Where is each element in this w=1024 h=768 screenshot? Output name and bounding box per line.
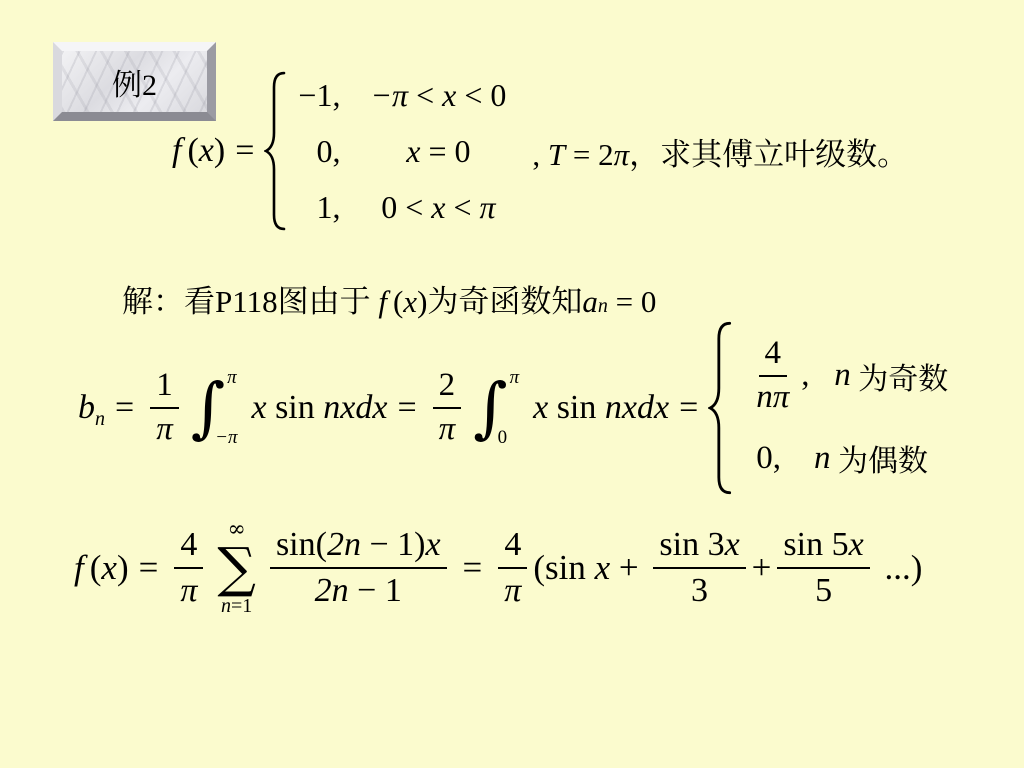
paren-left: (	[90, 548, 102, 587]
case2-value: 0,	[316, 130, 340, 172]
case1-value: −1,	[298, 74, 340, 116]
paren-right: )	[214, 132, 225, 169]
bn-case-even: 0, n 为偶数	[744, 436, 948, 480]
plus-sign: +	[752, 548, 772, 588]
problem-question-text: ，求其傅立叶级数。	[629, 137, 908, 172]
equals-sign: =	[139, 548, 159, 587]
fraction-four-over-npi: 4nπ	[750, 335, 795, 417]
fraction-denominator: π	[150, 409, 179, 449]
fraction-denominator: π	[174, 569, 203, 610]
formula-series: f(x)= 4π ∞∑n=1 sin(2n − 1)x2n − 1 = 4π (…	[74, 500, 922, 635]
integral-upper-limit: π	[510, 367, 520, 389]
fraction-denominator: π	[498, 569, 527, 610]
var-f: f	[74, 548, 84, 587]
bn-cases: 4nπ, n 为奇数 0, n 为偶数	[744, 335, 948, 481]
pi: π	[614, 137, 630, 172]
less-than-zero: < 0	[456, 77, 506, 113]
paren-right: )	[117, 548, 129, 587]
var-n: n	[221, 595, 231, 617]
ellipsis-close-paren: ...)	[876, 548, 923, 588]
fraction-numerator: sin 5x	[777, 525, 869, 568]
var-f: f	[172, 132, 181, 169]
var-x: x	[101, 548, 117, 587]
plus-sign: +	[610, 548, 647, 587]
integral-zero-to-pi: ∫π0	[473, 367, 519, 449]
equals-sign: =	[397, 389, 416, 426]
integral-lower-limit: 0	[498, 427, 520, 449]
fraction-numerator: 4	[759, 335, 788, 377]
fraction-numerator: sin 3x	[653, 525, 745, 568]
equals-two: = 2	[565, 137, 613, 172]
var-x: x	[442, 77, 456, 113]
piecewise-cases: −1, −π < x < 0 0, x = 0 1, 0 < x < π	[298, 74, 506, 228]
fraction-numerator: 4	[174, 525, 203, 568]
bn-lhs: bn=	[78, 389, 144, 427]
sin-operator: sin(	[276, 526, 327, 563]
slide: 例2 f(x)= −1, −π < x < 0 0, x = 0 1, 0 < …	[0, 0, 1024, 768]
integral-limits: π−π	[223, 367, 237, 449]
case1-condition: −π < x < 0	[370, 74, 506, 116]
fraction-numerator: 2	[433, 367, 462, 409]
var-x: x	[199, 132, 214, 169]
comma: ,	[532, 137, 548, 172]
sin-five: sin 5	[783, 526, 848, 563]
bn-case-odd: 4nπ, n 为奇数	[744, 335, 948, 417]
integral-limits: π0	[506, 367, 520, 449]
summation-lower-limit: n=1	[221, 596, 252, 616]
integral-upper-limit: π	[227, 367, 237, 389]
two-n: 2n	[327, 526, 361, 563]
formula-bn: bn= 1π ∫π−π x sin nxdx= 2π ∫π0 x sin nxd…	[78, 315, 948, 500]
equals-sign: =	[463, 548, 483, 588]
var-x: x	[849, 526, 864, 563]
zero-less-than: 0 <	[381, 189, 431, 225]
var-x: x	[406, 133, 420, 169]
subscript-n: n	[95, 408, 105, 430]
fraction-series-term: sin(2n − 1)x2n − 1	[270, 525, 447, 609]
sin-operator: sin	[548, 389, 605, 426]
integral-minus-pi-to-pi: ∫π−π	[191, 367, 238, 449]
sigma-symbol: ∑	[217, 542, 256, 593]
fraction-four-over-pi: 4π	[498, 525, 527, 609]
var-x: x	[533, 389, 548, 426]
case3-condition: 0 < x < π	[381, 186, 495, 228]
fraction-numerator: sin(2n − 1)x	[270, 525, 447, 568]
fraction-one-over-pi: 1π	[150, 367, 179, 449]
integrand: x sin nxdx=	[251, 389, 426, 427]
integrand: x sin nxdx=	[533, 389, 708, 427]
nx-dx: nxdx	[323, 389, 387, 426]
var-n: n	[814, 440, 831, 477]
fraction-numerator: 4	[498, 525, 527, 568]
equals-sign: =	[679, 389, 698, 426]
fraction-numerator: 1	[150, 367, 179, 409]
sin-three: sin 3	[659, 526, 724, 563]
fraction-two-over-pi: 2π	[433, 367, 462, 449]
open-paren-sin: (sin	[533, 548, 594, 587]
fraction-sin5x-over-5: sin 5x5	[777, 525, 869, 609]
odd-label: 为奇数	[851, 354, 949, 398]
var-n: n	[834, 357, 851, 394]
problem-tail: , T = 2π，求其傅立叶级数。	[532, 129, 908, 174]
series-expansion-start: (sin x +	[533, 548, 647, 588]
case2-condition: x = 0	[406, 130, 470, 172]
left-brace	[708, 320, 734, 496]
equals-zero: = 0	[420, 133, 470, 169]
series-lhs: f(x)=	[74, 548, 168, 588]
even-label: 为偶数	[831, 436, 929, 480]
zero-value: 0,	[756, 440, 814, 477]
example-badge-label: 例2	[112, 60, 157, 104]
formula-piecewise-definition: f(x)= −1, −π < x < 0 0, x = 0 1, 0 < x <…	[172, 60, 908, 242]
pi: π	[480, 189, 496, 225]
less-than: <	[445, 189, 479, 225]
fraction-denominator: π	[433, 409, 462, 449]
equals-sign: =	[115, 389, 134, 426]
minus-pi: −π	[370, 77, 408, 113]
var-T: T	[548, 137, 565, 172]
fraction-denominator: nπ	[750, 377, 795, 417]
paren-left: (	[187, 132, 198, 169]
fraction-denominator: 2n − 1	[309, 569, 408, 610]
fraction-denominator: 5	[809, 569, 838, 610]
var-x: x	[595, 548, 611, 587]
left-brace	[264, 70, 288, 232]
var-x: x	[425, 526, 440, 563]
nx-dx: nxdx	[605, 389, 669, 426]
equals-one: =1	[231, 595, 252, 617]
var-x: x	[725, 526, 740, 563]
var-x: x	[431, 189, 445, 225]
var-x: x	[251, 389, 266, 426]
less-than: <	[408, 77, 442, 113]
minus-one: − 1	[349, 572, 402, 609]
case3-value: 1,	[316, 186, 340, 228]
sin-operator: sin	[267, 389, 324, 426]
problem-lhs: f(x)=	[172, 132, 264, 170]
fraction-sin3x-over-3: sin 3x3	[653, 525, 745, 609]
var-b: b	[78, 389, 95, 426]
minus-one: − 1)	[361, 526, 426, 563]
fraction-denominator: 3	[685, 569, 714, 610]
integral-lower-limit: −π	[215, 427, 237, 449]
fraction-four-over-pi: 4π	[174, 525, 203, 609]
comma: ,	[801, 357, 834, 394]
two-n: 2n	[315, 572, 349, 609]
summation: ∞∑n=1	[217, 519, 256, 616]
equals-sign: =	[235, 132, 254, 169]
